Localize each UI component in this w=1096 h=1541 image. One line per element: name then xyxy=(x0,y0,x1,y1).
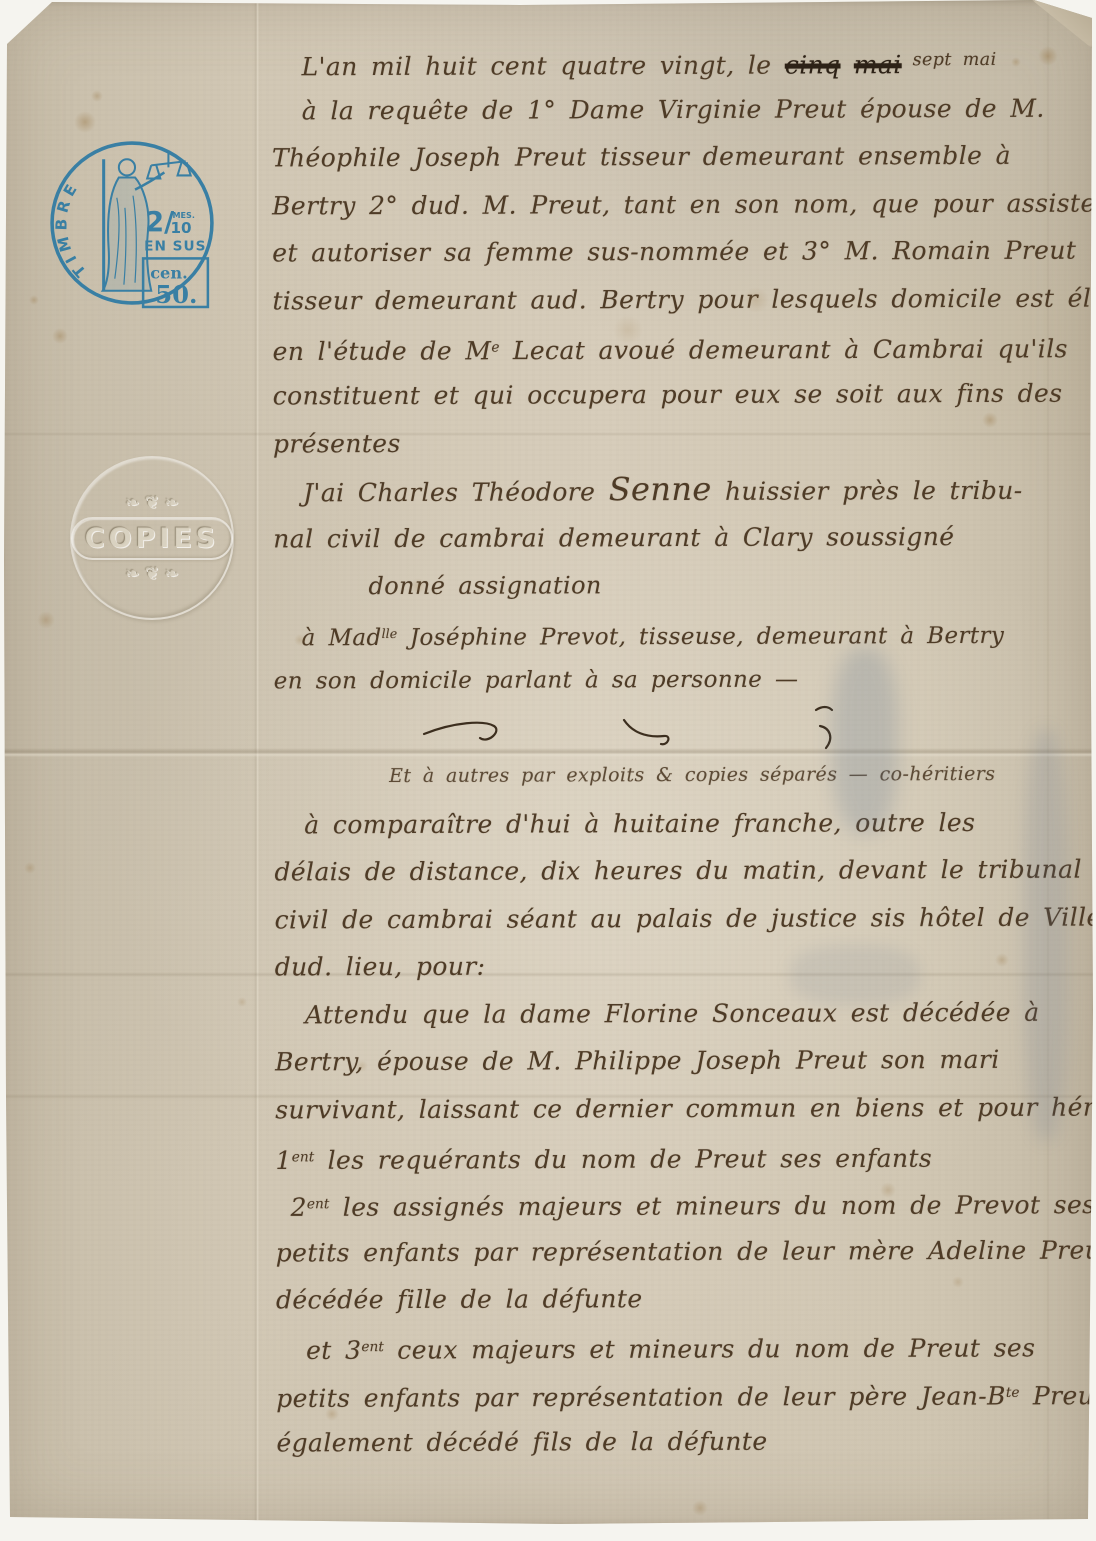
manuscript-line: petits enfants par représentation de leu… xyxy=(276,1369,1094,1419)
manuscript-line: également décédé fils de la défunte xyxy=(276,1417,1094,1467)
pen-flourishes xyxy=(418,698,858,768)
manuscript-line: et autoriser sa femme sus-nommée et 3° M… xyxy=(272,227,1090,277)
manuscript-line: Théophile Joseph Preut tisseur demeurant… xyxy=(272,132,1090,182)
stamp-rate-text: 2/ MES. 10 EN SUS xyxy=(144,207,206,254)
manuscript-line: 2ent les assignés majeurs et mineurs du … xyxy=(275,1179,1093,1229)
manuscript-line: survivant, laissant ce dernier commun en… xyxy=(275,1084,1093,1134)
manuscript-line: à la requête de 1° Dame Virginie Preut é… xyxy=(272,84,1090,134)
manuscript-line: décédée fille de la défunte xyxy=(276,1274,1094,1324)
manuscript-line: délais de distance, dix heures du matin,… xyxy=(274,846,1092,896)
manuscript-line: à comparaître d'hui à huitaine franche, … xyxy=(274,798,1092,848)
manuscript-line: tisseur demeurant aud. Bertry pour lesqu… xyxy=(272,275,1090,325)
foxing-stain xyxy=(692,1500,708,1516)
seal-ornament-top: ❧ ❦ ❧ xyxy=(125,493,179,513)
manuscript-line: dud. lieu, pour: xyxy=(275,941,1093,991)
manuscript-line: à Madlle Joséphine Prevot, tisseuse, dem… xyxy=(274,608,1092,658)
manuscript-line: en l'étude de Me Lecat avoué demeurant à… xyxy=(273,322,1091,372)
seal-ornament-bottom: ❧ ❦ ❧ xyxy=(125,564,179,584)
manuscript-line: J'ai Charles Théodore Senne huissier prè… xyxy=(273,465,1091,515)
manuscript-line: 1ent les requérants du nom de Preut ses … xyxy=(275,1131,1093,1181)
fold-crease-vertical-left xyxy=(254,0,259,1526)
seal-text: COPIES xyxy=(85,523,220,554)
seal-inner-frame: COPIES xyxy=(71,517,234,560)
stamp-value-fifty: 50. xyxy=(155,280,197,309)
embossed-copies-seal: ❧ ❦ ❧ COPIES ❧ ❦ ❧ xyxy=(70,456,234,620)
manuscript-line: L'an mil huit cent quatre vingt, le cinq… xyxy=(272,37,1090,87)
timbre-tax-stamp: TIMBRE 2/ MES. 10 EN SUS xyxy=(46,134,218,312)
manuscript-line: Bertry, épouse de M. Philippe Joseph Pre… xyxy=(275,1036,1093,1086)
manuscript-line: petits enfants par représentation de leu… xyxy=(276,1226,1094,1276)
foxing-stain xyxy=(237,997,247,1007)
manuscript-line: présentes xyxy=(273,417,1091,467)
stamp-rate-ten: 10 xyxy=(170,219,191,237)
manuscript-line: constituent et qui occupera pour eux se … xyxy=(273,370,1091,420)
manuscript-line: nal civil de cambrai demeurant à Clary s… xyxy=(273,513,1091,563)
foxing-stain xyxy=(37,611,55,629)
stamp-rate-sus: EN SUS xyxy=(144,238,206,254)
foxing-stain xyxy=(29,295,39,305)
manuscript-line: Bertry 2° dud. M. Preut, tant en son nom… xyxy=(272,179,1090,229)
document-scan: TIMBRE 2/ MES. 10 EN SUS xyxy=(0,0,1096,1541)
foxing-stain xyxy=(91,90,103,102)
foxing-stain xyxy=(24,862,36,874)
paper-sheet: TIMBRE 2/ MES. 10 EN SUS xyxy=(0,0,1096,1526)
foxing-stain xyxy=(52,328,68,344)
scales-of-justice-icon xyxy=(147,151,191,178)
manuscript-line: et 3ent ceux majeurs et mineurs du nom d… xyxy=(276,1322,1094,1372)
torn-corner-edge xyxy=(1,0,57,42)
manuscript-line: Attendu que la dame Florine Sonceaux est… xyxy=(275,988,1093,1038)
manuscript-line: civil de cambrai séant au palais de just… xyxy=(275,893,1093,943)
foxing-stain xyxy=(74,111,96,133)
manuscript-line: donné assignation xyxy=(273,560,1091,610)
